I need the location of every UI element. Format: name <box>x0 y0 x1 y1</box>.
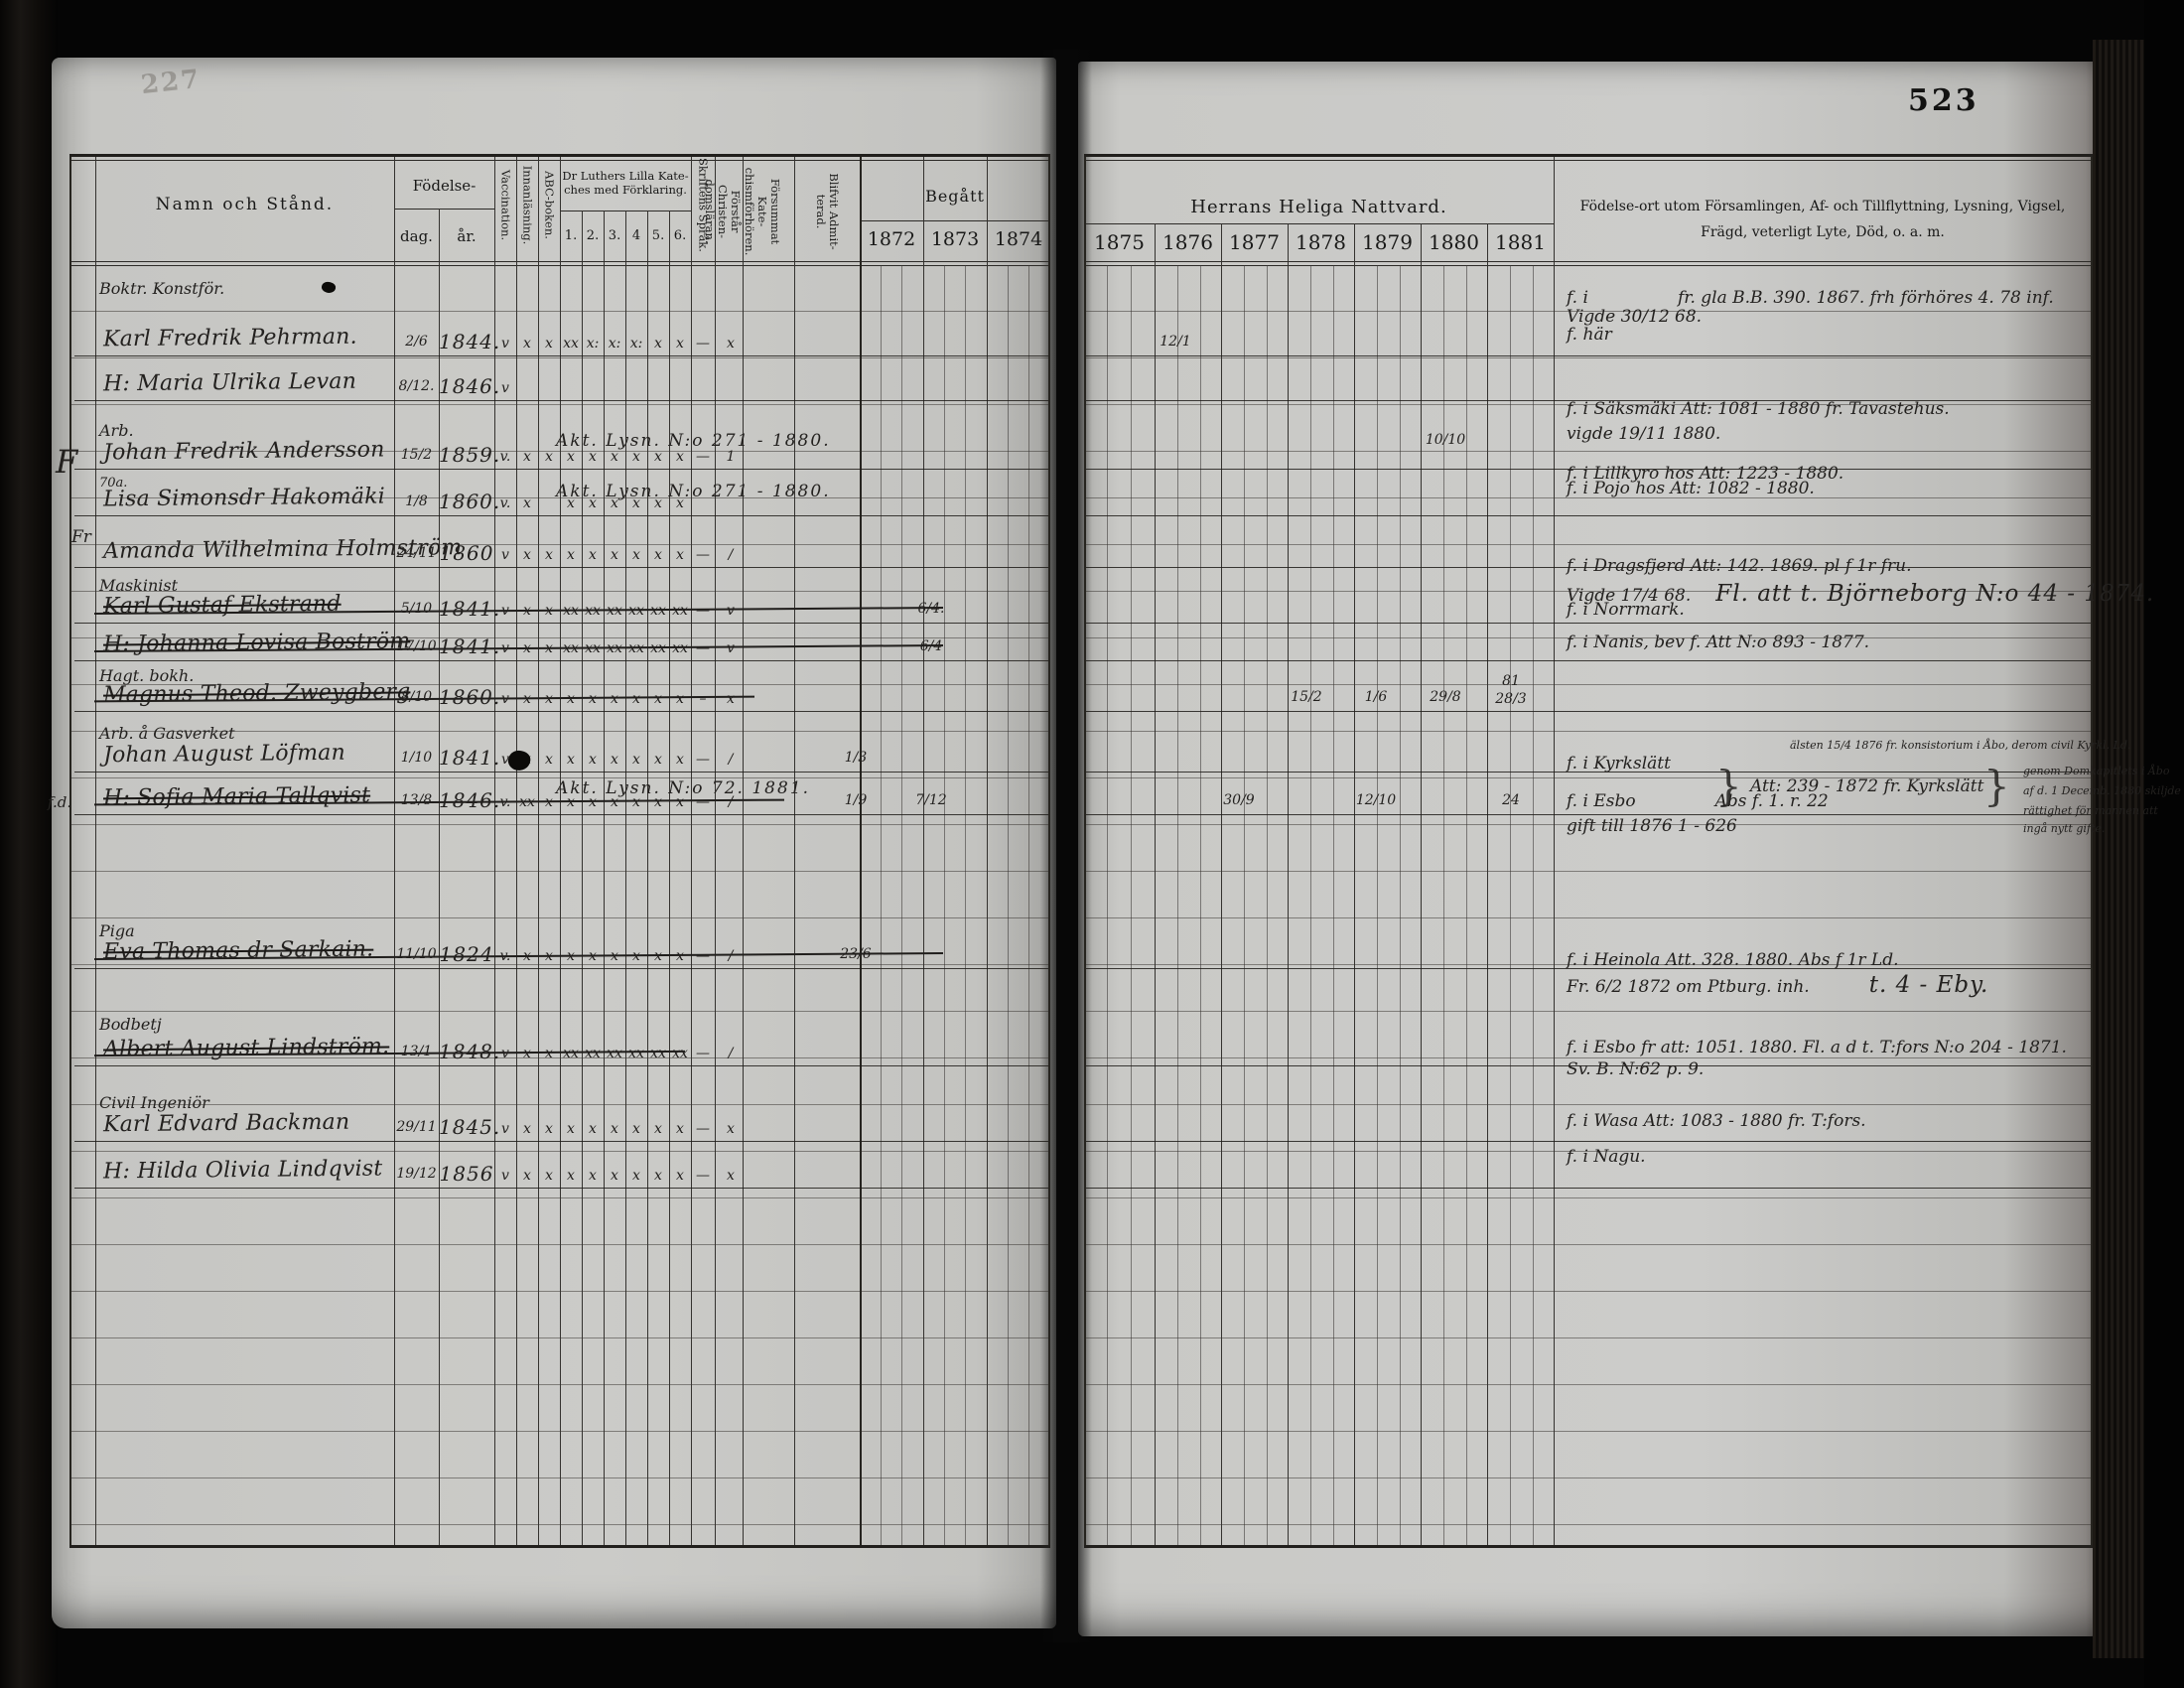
entry-birth-year: 1859. <box>439 443 494 467</box>
entry-mark: / <box>720 547 742 563</box>
entry-note: f. i Nanis, bev f. Att N:o 893 - 1877. <box>1567 633 1869 652</box>
entry-mark: xx <box>669 1046 691 1061</box>
entry-mark: v <box>720 640 742 656</box>
entry-mark: x <box>560 752 582 768</box>
margin-note: 70a. <box>99 476 127 491</box>
communion-date: 30/9 <box>1217 792 1261 808</box>
entry-note: rättighet för mannen att <box>2023 799 2158 819</box>
entry-mark: x <box>720 1121 742 1137</box>
entry-rule-right <box>1086 711 2091 712</box>
communion-date: 7/12 <box>909 792 953 808</box>
entry-mark: — <box>692 1168 714 1184</box>
entry-rule-left <box>74 1188 1048 1189</box>
entry-birth-day: 1/8 <box>394 493 439 509</box>
entry-name: Johan August Löfman <box>103 741 345 769</box>
entry-rule-left <box>74 567 1048 568</box>
entry-mark: x: <box>582 336 604 352</box>
entry-mark: x <box>604 691 625 707</box>
entry-birth-year: 1848. <box>439 1040 494 1063</box>
entry-rule-right <box>1086 515 2091 516</box>
communion-date: 6/4. <box>909 601 953 617</box>
entry-name: Johan Fredrik Andersson <box>103 438 385 466</box>
entry-mark: — <box>692 948 714 964</box>
note-seg: f. i Nagu. <box>1567 1147 1646 1167</box>
entry-mark: x <box>582 547 604 563</box>
entry-rule-right <box>1086 660 2091 661</box>
entry-mark: x <box>720 1168 742 1184</box>
entry-mark: x <box>669 449 691 465</box>
entry-birth-year: 1846. <box>439 788 494 812</box>
entry-birth-day: 1/10 <box>394 750 439 766</box>
entry-note: f. i Nagu. <box>1567 1147 1646 1167</box>
note-seg: fr. gla B.B. 390. 1867. frh förhöres 4. … <box>1678 288 2054 308</box>
entry-mark: — <box>692 1046 714 1061</box>
entry-mark: x <box>516 1046 538 1061</box>
communion-date: 1/9 <box>834 792 878 808</box>
occupation-label: Boktr. Konstför. <box>99 279 224 298</box>
entry-mark: x <box>647 752 669 768</box>
entry-note: Fr. 6/2 1872 om Ptburg. inh.t. 4 - Eby. <box>1567 972 1988 998</box>
entry-note: } <box>1983 762 2010 810</box>
entry-mark: / <box>720 752 742 768</box>
communion-date: 81 <box>1489 673 1533 689</box>
entry-mark: v <box>494 1168 516 1184</box>
entry-mark: x <box>560 691 582 707</box>
entry-mark: x <box>516 948 538 964</box>
entry-mark: x <box>604 1168 625 1184</box>
entry-note: f. i Wasa Att: 1083 - 1880 fr. T:fors. <box>1567 1111 1866 1131</box>
entry-birth-year: 1841. <box>439 634 494 658</box>
entry-mark: x <box>582 1168 604 1184</box>
entry-name: Karl Gustaf Ekstrand <box>103 592 341 620</box>
entry-mark: x <box>625 948 647 964</box>
entry-birth-day: 19/12 <box>394 1166 439 1182</box>
entry-name: Lisa Simonsdr Hakomäki <box>103 485 385 512</box>
entry-name: Albert August Lindström. <box>103 1034 390 1061</box>
entry-mark: xx <box>647 603 669 619</box>
entry-mark: x <box>538 547 560 563</box>
entry-rule-right <box>1086 1141 2091 1142</box>
entry-mark: xx <box>625 603 647 619</box>
entry-rule-left <box>74 1065 1048 1066</box>
note-seg: gift till 1876 1 - 626 <box>1567 816 1737 836</box>
occupation-label: Arb. <box>99 421 134 440</box>
entry-birth-year: 1824 <box>439 942 494 966</box>
note-seg: Vigde 30/12 68. <box>1567 307 1702 327</box>
communion-date: 23/6 <box>834 946 878 962</box>
entry-mark: x <box>669 752 691 768</box>
entry-mark: x <box>560 948 582 964</box>
communion-date: 1/6 <box>1354 689 1398 705</box>
entry-name: H: Sofia Maria Tallqvist <box>103 783 370 811</box>
ink-blot <box>321 280 337 294</box>
entry-mark: x <box>720 336 742 352</box>
entry-mark: v <box>494 336 516 352</box>
entry-note: f. här <box>1567 325 1612 345</box>
entry-mark: x <box>560 547 582 563</box>
entry-mark: x <box>516 1168 538 1184</box>
lysning-note: Akt. Lysn. N:o 72. 1881. <box>556 778 810 798</box>
entry-mark: x <box>516 640 538 656</box>
entry-mark: x <box>538 603 560 619</box>
occupation-label: Arb. å Gasverket <box>99 724 235 743</box>
occupation-label: Bodbetj <box>99 1015 162 1034</box>
entry-mark: x <box>625 1168 647 1184</box>
entry-note: af d. 1 Decemb. 1880 skiljde med <box>2023 779 2184 799</box>
entry-mark: x <box>647 691 669 707</box>
handwritten-entries-layer: Karl Fredrik Pehrman.2/61844.vxxxxx:x:x:… <box>0 0 2184 1688</box>
entry-mark: xx <box>647 640 669 656</box>
entry-mark: x <box>582 752 604 768</box>
book-scan: 227 523 Namn och Stånd. Födelse- dag. år… <box>0 0 2184 1688</box>
entry-note: f. i Norrmark. <box>1567 600 1685 620</box>
entry-mark: x <box>538 948 560 964</box>
entry-birth-year: 1856 <box>439 1162 494 1186</box>
entry-mark: x <box>538 1168 560 1184</box>
entry-note: genom Domkapitlets i Åbo <box>2023 760 2169 779</box>
entry-mark: x <box>516 603 538 619</box>
entry-mark: x <box>647 1121 669 1137</box>
entry-mark: x <box>582 691 604 707</box>
margin-note: f.d. <box>48 793 71 811</box>
entry-mark: x <box>604 948 625 964</box>
entry-mark: v. <box>494 948 516 964</box>
entry-mark: – <box>692 691 714 707</box>
note-seg: } <box>1983 762 2010 810</box>
entry-mark: / <box>720 1046 742 1061</box>
entry-mark: x <box>647 948 669 964</box>
entry-birth-year: 1845. <box>439 1115 494 1139</box>
entry-mark: x <box>625 691 647 707</box>
entry-mark: xx <box>625 640 647 656</box>
entry-mark: x <box>560 1121 582 1137</box>
entry-mark: xx <box>582 603 604 619</box>
entry-mark: v <box>494 1121 516 1137</box>
entry-mark: x <box>625 449 647 465</box>
entry-mark: xx <box>560 640 582 656</box>
entry-rule-left <box>74 355 1048 356</box>
occupation-label: Piga <box>99 921 135 940</box>
entry-note: gift till 1876 1 - 626 <box>1567 816 1737 836</box>
entry-note: f. i Säksmäki Att: 1081 - 1880 fr. Tavas… <box>1567 399 1950 419</box>
entry-name: H: Johanna Lovisa Boström <box>103 629 411 656</box>
entry-note: vigde 19/11 1880. <box>1567 424 1720 444</box>
entry-mark: — <box>692 752 714 768</box>
entry-mark: x <box>669 948 691 964</box>
note-seg: f. i Wasa Att: 1083 - 1880 fr. T:fors. <box>1567 1111 1866 1131</box>
entry-birth-year: 1860 <box>439 541 494 565</box>
entry-name: H: Maria Ulrika Levan <box>103 369 356 397</box>
entry-note: Vigde 30/12 68. <box>1567 307 1702 327</box>
entry-birth-year: 1846. <box>439 374 494 398</box>
entry-rule-left <box>74 968 1048 969</box>
entry-mark: v <box>720 603 742 619</box>
note-seg: f. i Kyrkslätt <box>1567 754 1671 774</box>
entry-note: f. i Dragsfjerd Att: 142. 1869. pl f 1r … <box>1567 556 1912 576</box>
communion-date: 15/2 <box>1285 689 1328 705</box>
entry-note: f. i Esbo fr att: 1051. 1880. Fl. a d t.… <box>1567 1038 2067 1057</box>
entry-mark: x <box>669 1121 691 1137</box>
entry-birth-day: 13/1 <box>394 1044 439 1059</box>
occupation-label: Maskinist <box>99 576 178 595</box>
communion-date: 28/3 <box>1489 691 1533 707</box>
entry-mark: x <box>538 449 560 465</box>
entry-mark: v. <box>494 495 516 511</box>
entry-birth-day: 11/10 <box>394 946 439 962</box>
note-seg: vigde 19/11 1880. <box>1567 424 1720 444</box>
entry-mark: x <box>516 547 538 563</box>
entry-mark: x <box>516 495 538 511</box>
entry-mark: / <box>720 948 742 964</box>
communion-date: 6/4 <box>909 638 953 654</box>
entry-mark: x <box>604 547 625 563</box>
entry-mark: x <box>538 691 560 707</box>
entry-mark: — <box>692 547 714 563</box>
communion-date: 12/10 <box>1354 792 1398 808</box>
entry-mark: x <box>538 336 560 352</box>
entry-birth-day: 8/10 <box>394 689 439 705</box>
entry-birth-day: 5/10 <box>394 601 439 617</box>
entry-mark: x <box>604 752 625 768</box>
entry-mark: — <box>692 336 714 352</box>
note-seg: f. i Esbo <box>1567 791 1636 811</box>
communion-date: 24 <box>1489 792 1533 808</box>
note-seg: af d. 1 Decemb. 1880 skiljde med <box>2023 784 2184 797</box>
entry-mark: xx <box>516 794 538 810</box>
entry-birth-day: 29/11 <box>394 1119 439 1135</box>
entry-note: f. ifr. gla B.B. 390. 1867. frh förhöres… <box>1567 288 2054 308</box>
note-seg: ingå nytt gifte. <box>2023 822 2105 835</box>
occupation-label: Civil Ingeniör <box>99 1093 209 1112</box>
note-seg: f. här <box>1567 325 1612 345</box>
entry-note: älsten 15/4 1876 fr. konsistorium i Åbo,… <box>1790 734 2130 754</box>
entry-mark: x <box>560 449 582 465</box>
entry-birth-year: 1841. <box>439 597 494 621</box>
entry-mark: xx <box>604 1046 625 1061</box>
note-seg: f. i Nanis, bev f. Att N:o 893 - 1877. <box>1567 633 1869 652</box>
entry-mark: x: <box>604 336 625 352</box>
entry-mark: xx <box>669 640 691 656</box>
entry-mark: xx <box>582 640 604 656</box>
communion-date: 10/10 <box>1424 432 1467 448</box>
entry-rule-right <box>1086 623 2091 624</box>
note-seg: Sv. B. N:62 p. 9. <box>1567 1059 1704 1079</box>
entry-rule-left <box>74 1141 1048 1142</box>
note-seg: f. i Heinola Att. 328. 1880. Abs f 1r Ld… <box>1567 950 1899 970</box>
entry-rule-left <box>74 400 1048 401</box>
entry-mark: x <box>582 449 604 465</box>
entry-mark: xx <box>560 336 582 352</box>
entry-mark: x <box>516 691 538 707</box>
entry-mark: x <box>647 1168 669 1184</box>
note-seg: t. 4 - Eby. <box>1869 972 1989 998</box>
entry-mark: x <box>582 1121 604 1137</box>
communion-date: 29/8 <box>1424 689 1467 705</box>
note-seg: f. i Norrmark. <box>1567 600 1685 620</box>
entry-mark: x <box>669 336 691 352</box>
entry-mark: — <box>692 449 714 465</box>
entry-mark: x <box>516 449 538 465</box>
entry-mark: xx <box>604 640 625 656</box>
entry-mark: xx <box>647 1046 669 1061</box>
entry-mark: x <box>516 336 538 352</box>
entry-birth-day: 17/10 <box>394 638 439 654</box>
entry-birth-year: 1841. <box>439 746 494 770</box>
entry-name: Karl Edvard Backman <box>103 1110 350 1138</box>
entry-mark: x <box>669 547 691 563</box>
entry-rule-left <box>74 660 1048 661</box>
note-seg: älsten 15/4 1876 fr. konsistorium i Åbo,… <box>1790 739 2130 752</box>
entry-rule-left <box>74 772 1048 773</box>
entry-mark: — <box>692 603 714 619</box>
entry-note: f. i Pojo hos Att: 1082 - 1880. <box>1567 479 1815 498</box>
entry-mark: x <box>647 336 669 352</box>
note-seg: Fr. 6/2 1872 om Ptburg. inh. <box>1567 977 1810 997</box>
entry-mark: xx <box>582 1046 604 1061</box>
entry-mark: x <box>538 752 560 768</box>
entry-birth-day: 2/6 <box>394 334 439 350</box>
entry-note: Sv. B. N:62 p. 9. <box>1567 1059 1704 1079</box>
entry-birth-year: 1860. <box>439 685 494 709</box>
entry-birth-year: 1860. <box>439 490 494 513</box>
note-seg: f. i <box>1567 288 1588 308</box>
entry-mark: — <box>692 640 714 656</box>
entry-mark: x <box>560 1168 582 1184</box>
note-seg: Fl. att t. Björneborg N:o 44 - 1874. <box>1715 581 2154 607</box>
entry-mark: xx <box>560 1046 582 1061</box>
entry-note: f. i Kyrkslätt <box>1567 754 1671 774</box>
entry-mark: v <box>494 380 516 396</box>
entry-rule-right <box>1086 355 2091 356</box>
entry-note: f. i Heinola Att. 328. 1880. Abs f 1r Ld… <box>1567 950 1899 970</box>
entry-mark: x <box>538 1046 560 1061</box>
entry-mark: x <box>625 752 647 768</box>
note-seg: f. i Säksmäki Att: 1081 - 1880 fr. Tavas… <box>1567 399 1950 419</box>
entry-mark: v <box>494 691 516 707</box>
note-seg: f. i Esbo fr att: 1051. 1880. Fl. a d t.… <box>1567 1038 2067 1057</box>
entry-name: Eva Thomas dr Sarkain. <box>103 937 374 965</box>
entry-mark: x <box>669 1168 691 1184</box>
entry-birth-day: 8/12. <box>394 378 439 394</box>
entry-mark: xx <box>669 603 691 619</box>
entry-mark: xx <box>560 603 582 619</box>
entry-mark: x <box>647 449 669 465</box>
entry-mark: x <box>538 640 560 656</box>
lysning-note: Akt. Lysn. N:o 271 - 1880. <box>556 482 831 501</box>
entry-note: f. i EsboAbs f. 1. r. 22 <box>1567 791 1829 811</box>
entry-mark: — <box>692 1121 714 1137</box>
entry-mark: xx <box>625 1046 647 1061</box>
entry-mark: xx <box>604 603 625 619</box>
entry-mark: v <box>494 1046 516 1061</box>
note-seg: Abs f. 1. r. 22 <box>1715 791 1829 811</box>
entry-birth-year: 1844. <box>439 330 494 353</box>
entry-rule-right <box>1086 1188 2091 1189</box>
entry-rule-left <box>74 623 1048 624</box>
entry-birth-day: 24/11 <box>394 545 439 561</box>
communion-date: 1/3 <box>834 750 878 766</box>
note-seg: f. i Dragsfjerd Att: 142. 1869. pl f 1r … <box>1567 556 1912 576</box>
entry-mark: x <box>647 547 669 563</box>
entry-mark: v <box>494 603 516 619</box>
entry-mark: v <box>494 547 516 563</box>
occupation-label: Hagt. bokh. <box>99 666 194 685</box>
lysning-note: Akt. Lysn. N:o 271 - 1880. <box>556 431 831 451</box>
entry-rule-left <box>74 515 1048 516</box>
entry-mark: x <box>516 1121 538 1137</box>
entry-mark: 1 <box>720 449 742 465</box>
entry-rule-left <box>74 469 1048 470</box>
entry-mark: v <box>494 640 516 656</box>
entry-name: Karl Fredrik Pehrman. <box>103 325 357 352</box>
margin-note: F <box>56 443 77 481</box>
note-seg: f. i Pojo hos Att: 1082 - 1880. <box>1567 479 1815 498</box>
entry-mark: x <box>604 449 625 465</box>
entry-mark: x <box>669 691 691 707</box>
entry-mark: x <box>720 691 742 707</box>
entry-birth-day: 13/8 <box>394 792 439 808</box>
entry-mark: x <box>625 547 647 563</box>
entry-mark: x: <box>625 336 647 352</box>
entry-mark: x <box>582 948 604 964</box>
entry-mark: x <box>538 1121 560 1137</box>
communion-date: 12/1 <box>1154 334 1197 350</box>
margin-note: Fr <box>71 527 91 547</box>
entry-mark: v. <box>494 449 516 465</box>
entry-rule-left <box>74 711 1048 712</box>
entry-name: H: Hilda Olivia Lindqvist <box>103 1157 383 1185</box>
entry-rule-left <box>74 814 1048 815</box>
entry-mark: x <box>625 1121 647 1137</box>
entry-birth-day: 15/2 <box>394 447 439 463</box>
entry-note: ingå nytt gifte. <box>2023 817 2105 837</box>
entry-mark: v. <box>494 794 516 810</box>
entry-mark: x <box>604 1121 625 1137</box>
note-seg: genom Domkapitlets i Åbo <box>2023 765 2169 777</box>
